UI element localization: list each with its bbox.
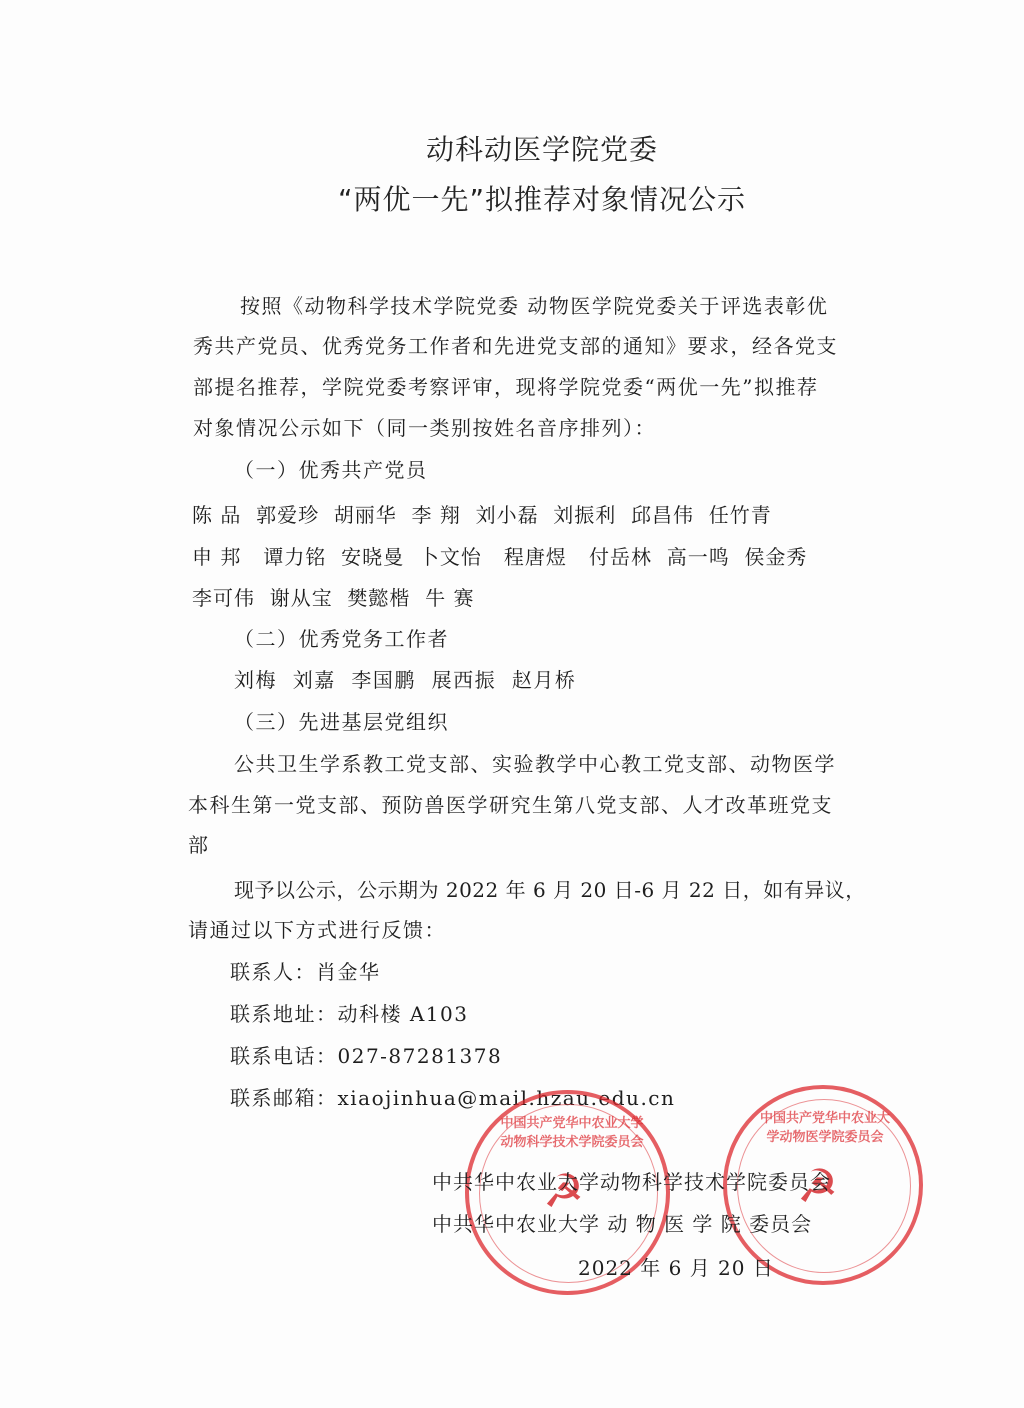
seal-text: 中国共产党华中农业大学动物科学技术学院委员会 [497, 1112, 647, 1150]
intro-line-4: 对象情况公示如下（同一类别按姓名音序排列）： [193, 412, 656, 441]
document-title-line2: “两优一先”拟推荐对象情况公示 [30, 178, 1024, 218]
section2-heading: （二）优秀党务工作者 [234, 623, 449, 652]
document-title-line1: 动科动医学院党委 [30, 128, 1024, 168]
section3-line-1: 公共卫生学系教工党支部、实验教学中心教工党支部、动物医学 [234, 748, 836, 777]
seal-text: 中国共产党华中农业大学动物医学院委员会 [755, 1107, 895, 1145]
section1-names-line-1: 陈 品 郭爱珍 胡丽华 李 翔 刘小磊 刘振利 邱昌伟 任竹青 [192, 499, 772, 528]
intro-line-2: 秀共产党员、优秀党务工作者和先进党支部的通知》要求，经各党支 [193, 330, 838, 359]
section3-heading: （三）先进基层党组织 [234, 706, 449, 735]
signature-org-1: 中共华中农业大学动物科学技术学院委员会 [432, 1166, 831, 1195]
contact-address: 联系地址：动科楼 A103 [230, 998, 468, 1027]
section1-names-line-3: 李可伟 谢从宝 樊懿楷 牛 赛 [192, 582, 475, 611]
section3-line-2: 本科生第一党支部、预防兽医学研究生第八党支部、人才改革班党支 [188, 789, 833, 818]
section1-heading: （一）优秀共产党员 [234, 454, 428, 483]
intro-line-1: 按照《动物科学技术学院党委 动物医学院党委关于评选表彰优 [240, 290, 828, 319]
section2-names: 刘梅 刘嘉 李国鹏 展西振 赵月桥 [234, 664, 576, 693]
intro-line-3: 部提名推荐，学院党委考察评审，现将学院党委“两优一先”拟推荐 [193, 371, 818, 400]
signature-org-2: 中共华中农业大学 动 物 医 学 院 委员会 [432, 1208, 812, 1237]
section1-names-line-2: 申 邦 谭力铭 安晓曼 卜文怡 程唐煜 付岳林 高一鸣 侯金秀 [192, 541, 807, 570]
contact-person: 联系人：肖金华 [230, 956, 381, 985]
notice-line-2: 请通过以下方式进行反馈： [188, 914, 446, 943]
notice-line-1: 现予以公示，公示期为 2022 年 6 月 20 日-6 月 22 日，如有异议… [234, 874, 866, 903]
section3-line-3: 部 [188, 829, 210, 858]
contact-phone: 联系电话：027-87281378 [230, 1040, 502, 1069]
signature-date: 2022 年 6 月 20 日 [578, 1252, 774, 1281]
